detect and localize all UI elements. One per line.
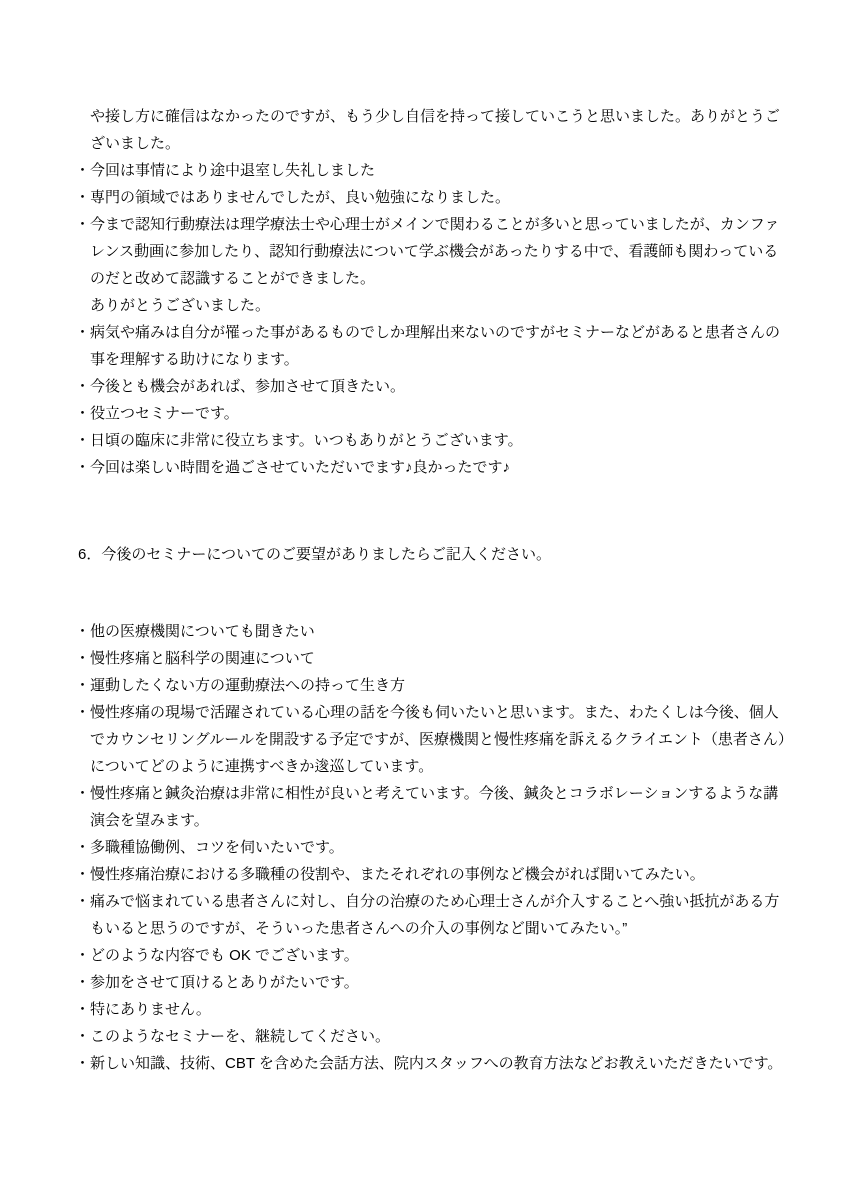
- bullet-marker: ・: [75, 672, 90, 699]
- comment-item: ・ 今回は事情により途中退室し失礼しました: [75, 157, 787, 184]
- comment-text: 日頃の臨床に非常に役立ちます。いつもありがとうございます。: [90, 432, 523, 449]
- comment-item: ・ 日頃の臨床に非常に役立ちます。いつもありがとうございます。: [75, 427, 787, 454]
- request-item: ・ 慢性疼痛の現場で活躍されている心理の話を今後も伺いたいと思います。また、わた…: [75, 699, 787, 780]
- bullet-marker: ・: [75, 211, 90, 238]
- carryover-comment-text: や接し方に確信はなかったのですが、もう少し自信を持って接していこうと思いました。…: [75, 103, 787, 157]
- section-6-heading: 6．今後のセミナーについてのご要望がありましたらご記入ください。: [78, 541, 787, 568]
- comment-item: ・ 専門の領域ではありませんでしたが、良い勉強になりました。: [75, 184, 787, 211]
- bullet-marker: ・: [75, 1050, 90, 1077]
- request-text: 痛みで悩まれている患者さんに対し、自分の治療のため心理士さんが介入することへ強い…: [90, 893, 779, 937]
- comment-text: 今回は楽しい時間を過ごさせていただいでます♪良かったです♪: [90, 459, 510, 476]
- request-text: どのような内容でも OK でございます。: [90, 947, 359, 964]
- request-item: ・ どのような内容でも OK でございます。: [75, 942, 787, 969]
- bullet-marker: ・: [75, 861, 90, 888]
- request-text: このようなセミナーを、継続してください。: [90, 1028, 390, 1045]
- section-6-requests: ・ 他の医療機関についても聞きたい ・ 慢性疼痛と脳科学の関連について ・ 運動…: [75, 618, 787, 1077]
- bullet-marker: ・: [75, 319, 90, 346]
- comment-item: ・ 役立つセミナーです。: [75, 400, 787, 427]
- bullet-marker: ・: [75, 184, 90, 211]
- request-item: ・ 新しい知識、技術、CBT を含めた会話方法、院内スタッフへの教育方法などお教…: [75, 1050, 787, 1077]
- comment-item: ・ 今まで認知行動療法は理学療法士や心理士がメインで関わることが多いと思っていま…: [75, 211, 787, 319]
- request-text: 特にありません。: [90, 1001, 211, 1018]
- request-item: ・ 他の医療機関についても聞きたい: [75, 618, 787, 645]
- comment-text: 病気や痛みは自分が罹った事があるものでしか理解出来ないのですがセミナーなどがある…: [90, 324, 780, 368]
- request-item: ・ 慢性疼痛治療における多職種の役割や、またそれぞれの事例など機会がれば聞いてみ…: [75, 861, 787, 888]
- section-6-requests-list: ・ 他の医療機関についても聞きたい ・ 慢性疼痛と脳科学の関連について ・ 運動…: [75, 618, 787, 1077]
- bullet-marker: ・: [75, 645, 90, 672]
- document-page: や接し方に確信はなかったのですが、もう少し自信を持って接していこうと思いました。…: [0, 0, 849, 1200]
- bullet-marker: ・: [75, 996, 90, 1023]
- comment-text: 今まで認知行動療法は理学療法士や心理士がメインで関わることが多いと思っていました…: [90, 216, 779, 314]
- bullet-marker: ・: [75, 427, 90, 454]
- request-item: ・ 慢性疼痛と鍼灸治療は非常に相性が良いと考えています。今後、鍼灸とコラボレーシ…: [75, 780, 787, 834]
- bullet-marker: ・: [75, 618, 90, 645]
- request-text: 慢性疼痛治療における多職種の役割や、またそれぞれの事例など機会がれば聞いてみたい…: [90, 866, 705, 883]
- bullet-marker: ・: [75, 157, 90, 184]
- comment-text: 役立つセミナーです。: [90, 405, 239, 422]
- request-item: ・ 多職種協働例、コツを伺いたいです。: [75, 834, 787, 861]
- bullet-marker: ・: [75, 969, 90, 996]
- comment-text: 今後とも機会があれば、参加させて頂きたい。: [90, 378, 405, 395]
- bullet-marker: ・: [75, 888, 90, 915]
- request-text: 慢性疼痛と鍼灸治療は非常に相性が良いと考えています。今後、鍼灸とコラボレーション…: [90, 785, 778, 829]
- request-item: ・ 特にありません。: [75, 996, 787, 1023]
- feedback-comments-list: ・ 今回は事情により途中退室し失礼しました ・ 専門の領域ではありませんでしたが…: [75, 157, 787, 481]
- bullet-marker: ・: [75, 942, 90, 969]
- bullet-marker: ・: [75, 373, 90, 400]
- request-item: ・ このようなセミナーを、継続してください。: [75, 1023, 787, 1050]
- bullet-marker: ・: [75, 699, 90, 726]
- comment-text: 専門の領域ではありませんでしたが、良い勉強になりました。: [90, 189, 510, 206]
- request-text: 慢性疼痛の現場で活躍されている心理の話を今後も伺いたいと思います。また、わたくし…: [90, 704, 785, 775]
- comment-text: 今回は事情により途中退室し失礼しました: [90, 162, 375, 179]
- bullet-marker: ・: [75, 454, 90, 481]
- comment-item: ・ 今後とも機会があれば、参加させて頂きたい。: [75, 373, 787, 400]
- request-text: 多職種協働例、コツを伺いたいです。: [90, 839, 344, 856]
- request-item: ・ 慢性疼痛と脳科学の関連について: [75, 645, 787, 672]
- bullet-marker: ・: [75, 780, 90, 807]
- request-text: 慢性疼痛と脳科学の関連について: [90, 650, 315, 667]
- comment-item: ・ 病気や痛みは自分が罹った事があるものでしか理解出来ないのですがセミナーなどが…: [75, 319, 787, 373]
- request-text: 運動したくない方の運動療法への持って生き方: [90, 677, 405, 694]
- request-item: ・ 痛みで悩まれている患者さんに対し、自分の治療のため心理士さんが介入することへ…: [75, 888, 787, 942]
- request-item: ・ 参加をさせて頂けるとありがたいです。: [75, 969, 787, 996]
- document-content: や接し方に確信はなかったのですが、もう少し自信を持って接していこうと思いました。…: [75, 103, 787, 1077]
- bullet-marker: ・: [75, 834, 90, 861]
- comment-item: ・ 今回は楽しい時間を過ごさせていただいでます♪良かったです♪: [75, 454, 787, 481]
- request-item: ・ 運動したくない方の運動療法への持って生き方: [75, 672, 787, 699]
- section-feedback-comments: や接し方に確信はなかったのですが、もう少し自信を持って接していこうと思いました。…: [75, 103, 787, 481]
- request-text: 新しい知識、技術、CBT を含めた会話方法、院内スタッフへの教育方法などお教えい…: [90, 1055, 782, 1072]
- request-text: 参加をさせて頂けるとありがたいです。: [90, 974, 359, 991]
- bullet-marker: ・: [75, 400, 90, 427]
- request-text: 他の医療機関についても聞きたい: [90, 623, 315, 640]
- bullet-marker: ・: [75, 1023, 90, 1050]
